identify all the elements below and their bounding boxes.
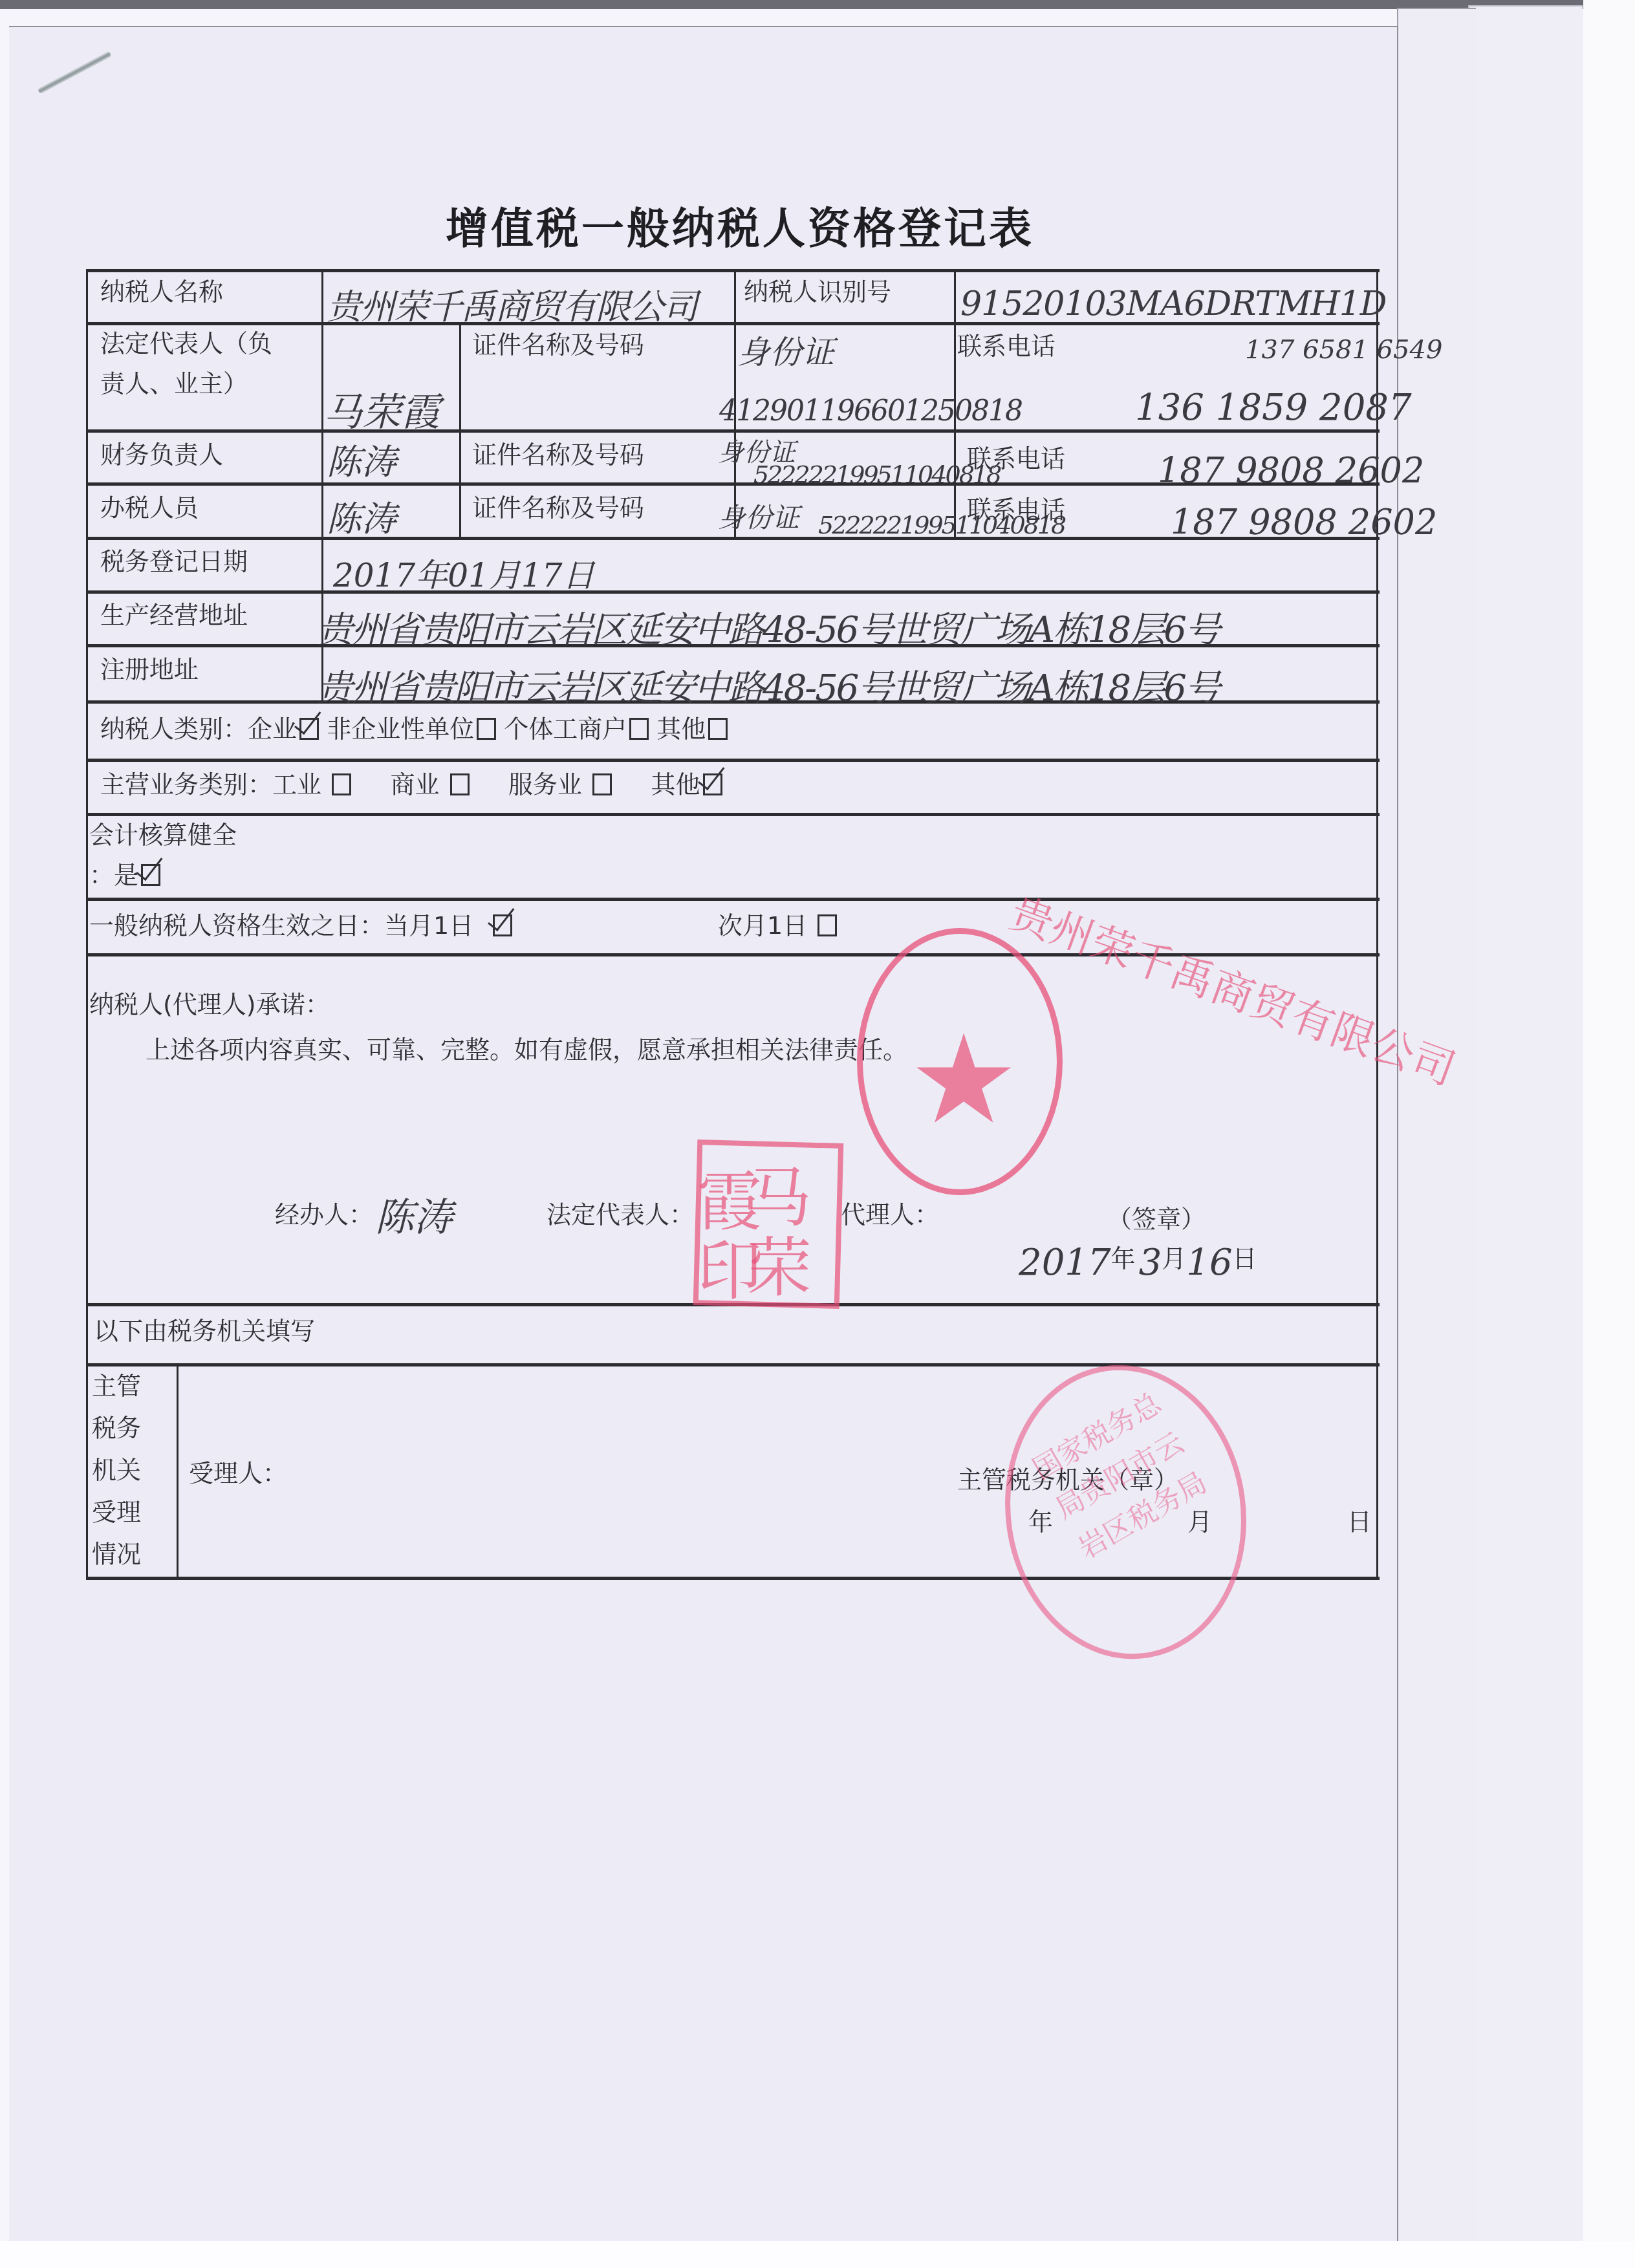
agent-label: 代理人： bbox=[841, 1200, 939, 1231]
business-option-other[interactable]: 其他 bbox=[651, 770, 722, 799]
finance-manager-phone-label: 联系电话 bbox=[967, 444, 1065, 475]
effective-option-current-month[interactable]: 当月1日 bbox=[384, 911, 512, 940]
taxpayer-category-label: 纳税人类别： bbox=[100, 715, 248, 743]
finance-manager-name-value[interactable]: 陈涛 bbox=[327, 435, 396, 484]
tax-officer-phone[interactable]: 187 9808 2602 bbox=[1171, 502, 1437, 543]
scanner-edge bbox=[0, 0, 1635, 9]
registration-date-value[interactable]: 2017年01月17日 bbox=[333, 550, 595, 596]
registered-address-value[interactable]: 贵州省贵阳市云岩区延安中路48-56号世贸广场A栋18层6号 bbox=[317, 660, 1219, 711]
checkbox[interactable] bbox=[817, 914, 837, 936]
effective-option-next-month[interactable]: 次月1日 bbox=[718, 911, 837, 942]
star-icon: ★ bbox=[909, 1019, 1019, 1141]
finance-manager-cert-label: 证件名称及号码 bbox=[472, 440, 644, 471]
taxpayer-id-value[interactable]: 91520103MA6DRTMH1D bbox=[960, 285, 1387, 323]
tax-officer-phone-label: 联系电话 bbox=[967, 495, 1065, 526]
category-option-other[interactable]: 其他 bbox=[656, 715, 728, 743]
legal-rep-cert-type[interactable]: 身份证 bbox=[737, 327, 834, 373]
tax-officer-name-value[interactable]: 陈涛 bbox=[327, 491, 396, 541]
finance-manager-phone[interactable]: 187 9808 2602 bbox=[1158, 450, 1424, 491]
date-month[interactable]: 3 bbox=[1139, 1242, 1162, 1284]
business-type-row: 主营业务类别：工业 商业 服务业 其他 bbox=[100, 770, 722, 801]
scan-margin bbox=[1583, 0, 1635, 2268]
legal-rep-phone-label: 联系电话 bbox=[957, 331, 1056, 362]
commitment-text: 上述各项内容真实、可靠、完整。如有虚假，愿意承担相关法律责任。 bbox=[146, 1035, 907, 1066]
legal-rep-phone-2[interactable]: 136 1859 2087 bbox=[1135, 387, 1412, 429]
checkbox[interactable] bbox=[477, 718, 496, 740]
page-title: 增值税一般纳税人资格登记表 bbox=[0, 194, 1635, 255]
legal-rep-label-line1: 法定代表人（负 bbox=[100, 329, 272, 360]
business-address-value[interactable]: 贵州省贵阳市云岩区延安中路48-56号世贸广场A栋18层6号 bbox=[317, 601, 1219, 653]
legal-rep-name-value[interactable]: 马荣霞 bbox=[323, 382, 440, 437]
finance-manager-cert-number[interactable]: 522222199511040818 bbox=[753, 460, 1000, 489]
accounting-option[interactable]: ：是 bbox=[89, 860, 160, 891]
taxpayer-category-row: 纳税人类别：企业 非企业性单位 个体工商户 其他 bbox=[100, 714, 728, 745]
scan-margin bbox=[0, 2241, 1635, 2268]
legal-rep-label-line2: 责人、业主） bbox=[100, 369, 248, 400]
legal-rep-cert-label: 证件名称及号码 bbox=[472, 330, 644, 361]
tax-officer-cert-type[interactable]: 身份证 bbox=[718, 497, 799, 535]
checkbox-checked[interactable] bbox=[493, 914, 512, 936]
accounting-label: 会计核算健全 bbox=[89, 820, 237, 851]
taxpayer-name-value[interactable]: 贵州荣千禹商贸有限公司 bbox=[327, 279, 697, 329]
business-option-service[interactable]: 服务业 bbox=[508, 770, 612, 799]
registration-date-label: 税务登记日期 bbox=[100, 546, 248, 578]
commitment-heading: 纳税人(代理人)承诺： bbox=[89, 989, 330, 1021]
business-option-commerce[interactable]: 商业 bbox=[391, 770, 470, 799]
taxpayer-id-label: 纳税人识别号 bbox=[744, 277, 891, 308]
effective-date-row: 一般纳税人资格生效之日：当月1日 bbox=[89, 911, 512, 942]
legal-rep-phone-1[interactable]: 137 6581 6549 bbox=[1245, 335, 1442, 365]
category-option-non-enterprise[interactable]: 非企业性单位 bbox=[327, 715, 496, 743]
legal-rep-sign-label: 法定代表人： bbox=[547, 1200, 694, 1231]
stacked-page bbox=[1468, 5, 1583, 2244]
handler-signature[interactable]: 陈涛 bbox=[375, 1187, 453, 1242]
category-option-enterprise[interactable]: 企业 bbox=[248, 715, 319, 743]
tax-officer-label: 办税人员 bbox=[100, 493, 199, 524]
finance-manager-label: 财务负责人 bbox=[100, 440, 223, 471]
business-option-industry[interactable]: 工业 bbox=[272, 770, 351, 799]
date-day[interactable]: 16 bbox=[1186, 1242, 1232, 1284]
checkbox-checked[interactable] bbox=[299, 718, 319, 740]
handler-label: 经办人： bbox=[275, 1200, 373, 1231]
checkbox-checked[interactable] bbox=[703, 773, 722, 795]
business-address-label: 生产经营地址 bbox=[100, 600, 248, 631]
legal-rep-cert-number[interactable]: 412901196601250818 bbox=[719, 394, 1022, 427]
checkbox[interactable] bbox=[592, 773, 612, 795]
checkbox[interactable] bbox=[332, 773, 351, 795]
checkbox[interactable] bbox=[629, 718, 649, 740]
checkbox-checked[interactable] bbox=[141, 864, 160, 886]
personal-seal-char: 印 bbox=[697, 1219, 762, 1312]
title-text: 增值税一般纳税人资格登记表 bbox=[446, 204, 1034, 254]
taxpayer-name-label: 纳税人名称 bbox=[100, 277, 223, 308]
date-year[interactable]: 2017 bbox=[1019, 1242, 1111, 1284]
effective-date-label: 一般纳税人资格生效之日： bbox=[89, 911, 384, 940]
tax-officer-cert-label: 证件名称及号码 bbox=[472, 493, 644, 524]
tax-office-section-label: 以下由税务机关填写 bbox=[94, 1316, 315, 1347]
checkbox[interactable] bbox=[708, 718, 728, 740]
seal-note: （签章） bbox=[1107, 1204, 1206, 1235]
commitment-date: 2017年 3月16日 bbox=[1019, 1242, 1257, 1284]
checkbox[interactable] bbox=[450, 773, 470, 795]
receiver-label: 受理人： bbox=[189, 1458, 287, 1489]
category-option-individual[interactable]: 个体工商户 bbox=[504, 715, 649, 743]
business-type-label: 主营业务类别： bbox=[100, 770, 272, 799]
registered-address-label: 注册地址 bbox=[100, 654, 199, 686]
